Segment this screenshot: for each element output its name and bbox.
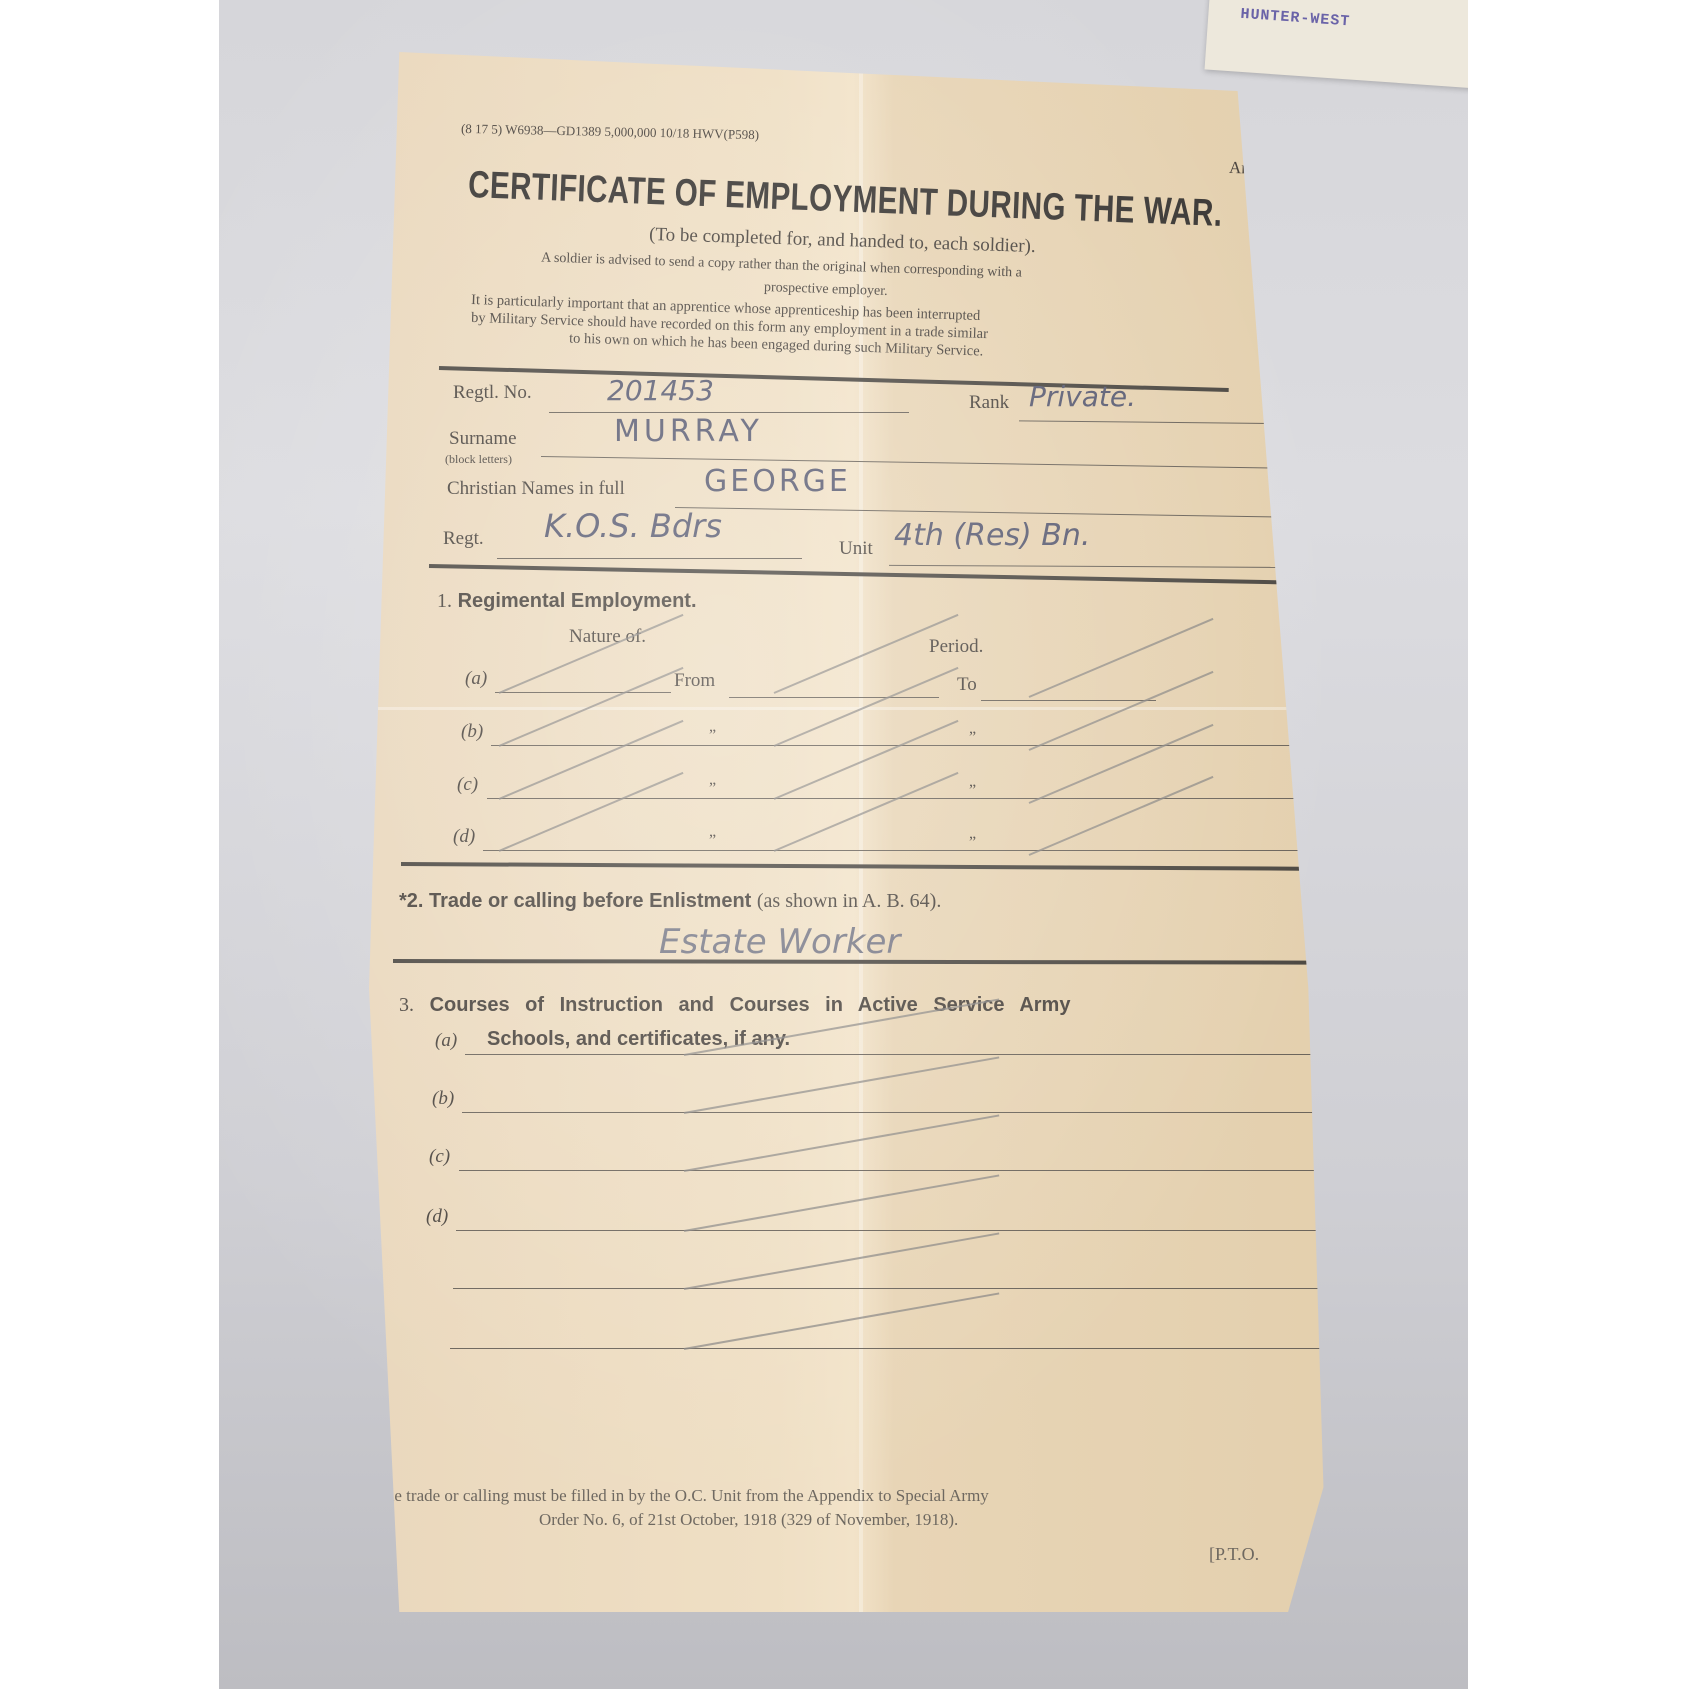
- row-letter: (b): [432, 1088, 454, 1110]
- regt-label: Regt.: [443, 528, 484, 550]
- surname-sublabel: (block letters): [445, 452, 512, 467]
- section-3-heading-line-2: Schools, and certificates, if any.: [487, 1028, 790, 1051]
- christian-names-line: [675, 507, 1335, 518]
- fold-crease-horizontal: [369, 707, 1379, 710]
- row-letter: (c): [457, 774, 478, 796]
- advice-line-2: prospective employer.: [764, 280, 888, 300]
- background-document-text: HUNTER-WEST: [1240, 6, 1351, 31]
- section-2-divider: [393, 959, 1368, 965]
- page-title: CERTIFICATE OF EMPLOYMENT DURING THE WAR…: [467, 164, 1223, 236]
- section-2-heading: *2. Trade or calling before Enlistment (…: [399, 890, 941, 913]
- pencil-strike: [774, 772, 959, 852]
- pencil-strike: [1029, 776, 1214, 856]
- course-line[interactable]: [462, 1112, 1316, 1113]
- regtl-no-label: Regtl. No.: [453, 382, 532, 404]
- nature-line[interactable]: [491, 745, 1321, 746]
- pencil-strike: [684, 1292, 999, 1350]
- regt-value: K.O.S. Bdrs: [544, 507, 722, 545]
- pencil-strike: [684, 1056, 999, 1114]
- row-letter: (a): [435, 1030, 457, 1052]
- row-letter: (a): [465, 668, 487, 690]
- unit-label: Unit: [839, 538, 873, 560]
- course-line[interactable]: [456, 1230, 1318, 1231]
- col-period-header: Period.: [929, 636, 983, 658]
- pencil-strike: [684, 1114, 999, 1172]
- print-code: (8 17 5) W6938—GD1389 5,000,000 10/18 HW…: [461, 121, 759, 143]
- rank-label: Rank: [969, 392, 1009, 414]
- surname-line: [541, 456, 1331, 469]
- form-number: Army Form Z. 18.: [1229, 158, 1355, 182]
- to-line[interactable]: [981, 700, 1156, 701]
- nature-line[interactable]: [495, 692, 671, 693]
- photo-background: HUNTER-WEST (8 17 5) W6938—GD1389 5,000,…: [219, 0, 1468, 1689]
- christian-names-value: GEORGE: [704, 464, 851, 499]
- trade-value: Estate Worker: [659, 922, 900, 962]
- rank-line: [1019, 420, 1329, 424]
- rank-value: Private.: [1029, 380, 1136, 413]
- pencil-strike: [684, 1174, 999, 1232]
- ditto-mark: ”: [969, 782, 976, 800]
- ditto-mark: ”: [709, 832, 716, 850]
- from-label: From: [674, 670, 715, 692]
- nature-line[interactable]: [487, 798, 1317, 799]
- row-letter: (c): [429, 1146, 450, 1168]
- regt-line: [497, 558, 802, 559]
- section-1-heading: 1. Regimental Employment.: [437, 590, 697, 613]
- footnote-line-2: Order No. 6, of 21st October, 1918 (329 …: [539, 1510, 958, 1530]
- from-line[interactable]: [729, 697, 939, 698]
- regtl-no-value: 201453: [607, 374, 714, 407]
- row-letter: (d): [453, 826, 475, 848]
- nature-line[interactable]: [483, 850, 1313, 851]
- ditto-mark: ”: [709, 727, 716, 745]
- regtl-no-line: [549, 412, 909, 413]
- certificate-sheet: (8 17 5) W6938—GD1389 5,000,000 10/18 HW…: [369, 52, 1379, 1612]
- unit-line: [889, 565, 1334, 568]
- pencil-strike: [1029, 618, 1214, 698]
- section-1-divider: [401, 862, 1351, 871]
- pencil-strike: [684, 1232, 999, 1290]
- pto-marker: [P.T.O.: [1209, 1544, 1259, 1565]
- course-line[interactable]: [459, 1170, 1317, 1171]
- ditto-mark: ”: [709, 780, 716, 798]
- background-document: HUNTER-WEST: [1205, 0, 1468, 90]
- surname-value: MURRAY: [614, 414, 763, 449]
- row-letter: (d): [426, 1206, 448, 1228]
- christian-names-label: Christian Names in full: [447, 478, 625, 500]
- subtitle: (To be completed for, and handed to, eac…: [649, 224, 1036, 258]
- course-line[interactable]: [453, 1288, 1319, 1289]
- course-line[interactable]: [465, 1054, 1315, 1055]
- unit-value: 4th (Res) Bn.: [894, 518, 1090, 553]
- course-line[interactable]: [450, 1348, 1320, 1349]
- ditto-mark: ”: [969, 834, 976, 852]
- pencil-strike: [499, 772, 684, 852]
- ditto-mark: ”: [969, 729, 976, 747]
- footnote-line-1: *The trade or calling must be filled in …: [367, 1486, 989, 1506]
- to-label: To: [957, 674, 977, 696]
- surname-label: Surname: [449, 428, 517, 450]
- row-letter: (b): [461, 721, 483, 743]
